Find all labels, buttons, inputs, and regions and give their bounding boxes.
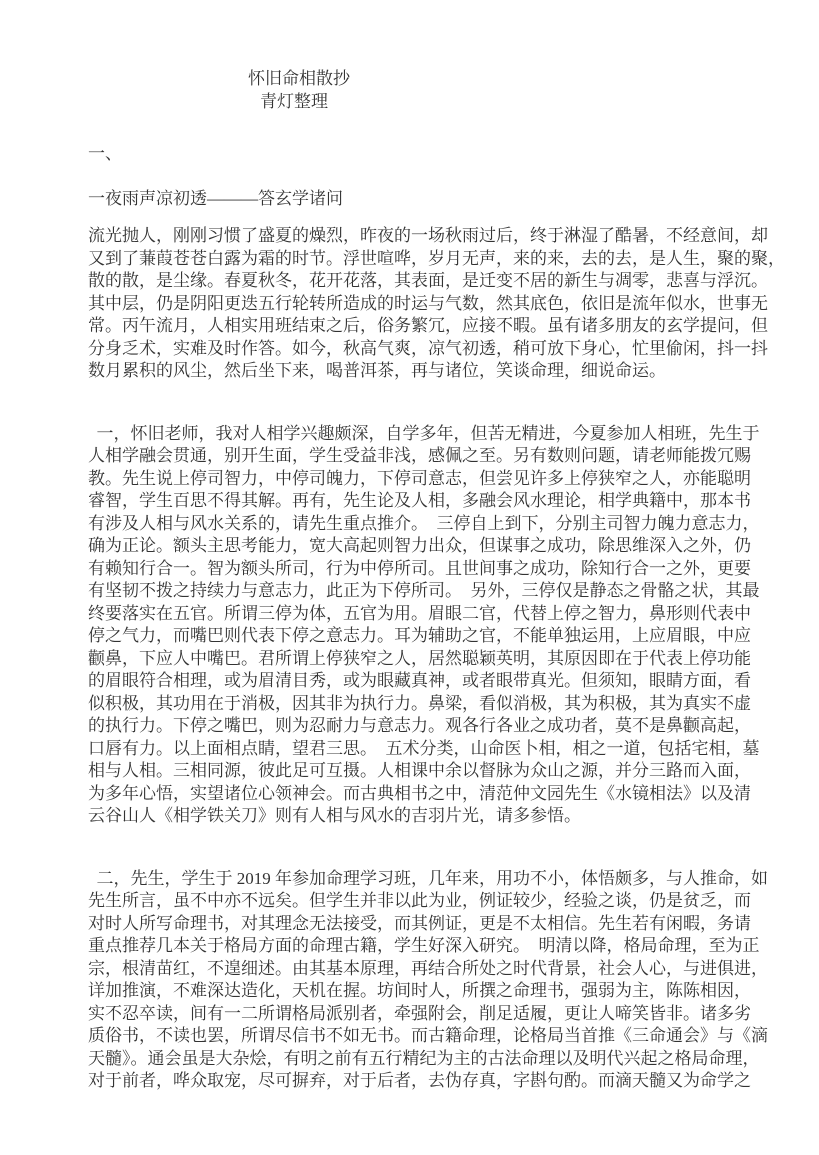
question-two-paragraph: 二，先生，学生于 2019 年参加命理学习班，几年来，用功不小，体悟颇多，与人推… [88, 868, 788, 1093]
document-title: 怀旧命相散抄 [248, 68, 789, 91]
intro-paragraph: 流光抛人，刚刚习惯了盛夏的燥烈，昨夜的一场秋雨过后，终于淋湿了酷暑，不经意间，却… [88, 225, 788, 383]
document-page: 怀旧命相散抄 青灯整理 一、 一夜雨声凉初透———答玄学诸问 流光抛人，刚刚习惯… [0, 0, 819, 1155]
question-one-paragraph: 一，怀旧老师，我对人相学兴趣颇深，自学多年，但苦无精进，今夏参加人相班，先生于 … [88, 423, 788, 828]
article-heading: 一夜雨声凉初透———答玄学诸问 [88, 188, 789, 211]
section-marker: 一、 [88, 143, 789, 166]
document-author-line: 青灯整理 [260, 91, 789, 114]
